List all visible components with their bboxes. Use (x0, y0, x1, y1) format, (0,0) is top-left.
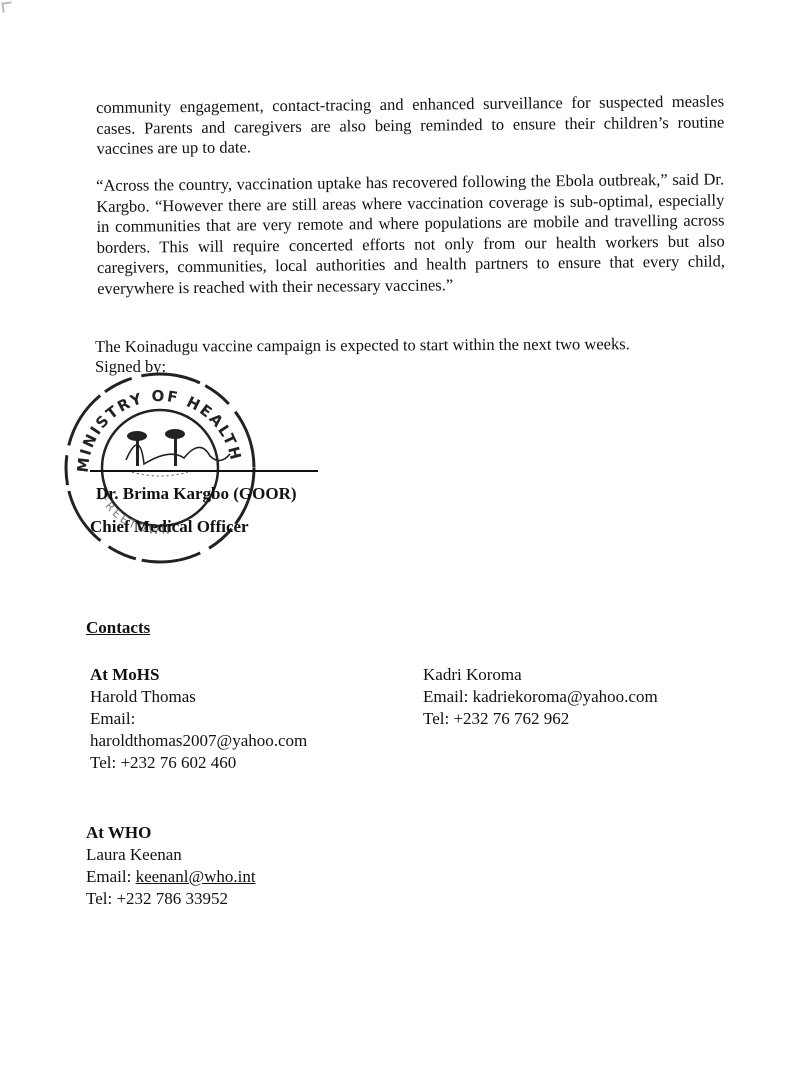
ministry-stamp-icon: MINISTRY OF HEALTH & SANITATION FREETOWN (60, 368, 260, 568)
signature-line (90, 470, 318, 472)
signatory-title: Chief Medical Officer (90, 517, 249, 537)
contact-mohs: At MoHS Harold Thomas Email: haroldthoma… (90, 664, 307, 774)
contact-email-row: Email: keenanl@who.int (86, 866, 256, 888)
contact-kadri-koroma: Kadri Koroma Email: kadriekoroma@yahoo.c… (423, 664, 658, 730)
contact-email-link[interactable]: keenanl@who.int (136, 867, 256, 886)
contact-email-label: Email: (90, 708, 307, 730)
contact-tel: Tel: +232 786 33952 (86, 888, 256, 910)
contact-org: At MoHS (90, 664, 307, 686)
signatory-name: Dr. Brima Kargbo (GOOR) (96, 484, 297, 504)
contact-name: Harold Thomas (90, 686, 307, 708)
scan-corner-mark (1, 1, 12, 12)
contact-email-label: Email: (86, 867, 136, 886)
contacts-heading: Contacts (86, 618, 150, 638)
contact-org: At WHO (86, 822, 256, 844)
contact-who: At WHO Laura Keenan Email: keenanl@who.i… (86, 822, 256, 910)
contact-name: Laura Keenan (86, 844, 256, 866)
body-paragraph-3: The Koinadugu vaccine campaign is expect… (95, 334, 725, 357)
contact-name: Kadri Koroma (423, 664, 658, 686)
contact-tel: Tel: +232 76 602 460 (90, 752, 307, 774)
body-paragraph-2-quote: “Across the country, vaccination uptake … (96, 169, 725, 299)
contact-tel: Tel: +232 76 762 962 (423, 708, 658, 730)
contact-email[interactable]: haroldthomas2007@yahoo.com (90, 730, 307, 752)
body-paragraph-1: community engagement, contact-tracing an… (96, 91, 725, 159)
contact-email[interactable]: Email: kadriekoroma@yahoo.com (423, 686, 658, 708)
